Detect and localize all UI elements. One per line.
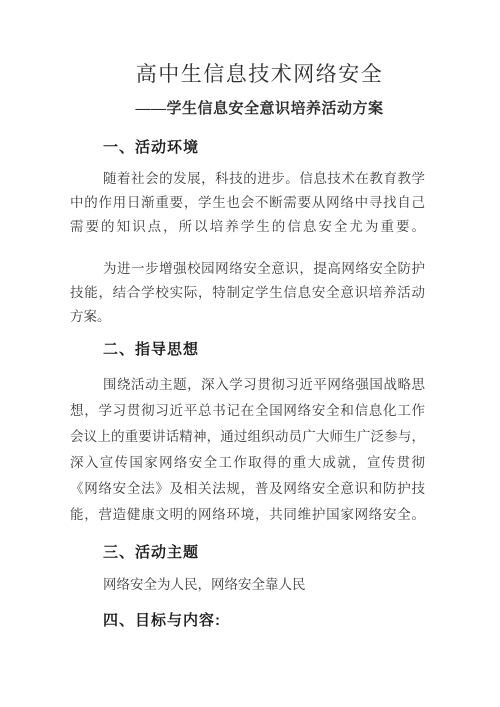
document-content: 高中生信息技术网络安全 ——学生信息安全意识培养活动方案 一、活动环境 随着社会… [70, 0, 425, 631]
document-page: 高中生信息技术网络安全 ——学生信息安全意识培养活动方案 一、活动环境 随着社会… [0, 0, 500, 707]
text-line: 围绕活动主题，深入学习贯彻习近平网络强国战略思 [70, 372, 425, 398]
paragraph-purpose: 为进一步增强校园网络安全意识，提高网络安全防护 技能，结合学校实际，特制定学生信… [70, 257, 425, 329]
text-line: 随着社会的发展，科技的进步。信息技术在教育教学 [70, 167, 425, 191]
section-heading-goals-and-content: 四、目标与内容: [70, 611, 425, 631]
text-line: 《网络安全法》及相关法规，普及网络安全意识和防护技 [70, 476, 425, 502]
document-subtitle: ——学生信息安全意识培养活动方案 [82, 99, 437, 119]
text-line: 需要的知识点，所以培养学生的信息安全尤为重要。 [70, 215, 425, 239]
text-line: 能，营造健康文明的网络环境，共同维护国家网络安全。 [70, 502, 425, 528]
text-line: 深入宣传国家网络安全工作取得的重大成就，宣传贯彻 [70, 450, 425, 476]
section-heading-guiding-ideology: 二、指导思想 [70, 340, 425, 360]
section-heading-activity-environment: 一、活动环境 [70, 138, 425, 158]
text-line: 会议上的重要讲话精神，通过组织动员广大师生广泛参与， [70, 424, 425, 450]
paragraph-background: 随着社会的发展，科技的进步。信息技术在教育教学 中的作用日渐重要，学生也会不断需… [70, 167, 425, 239]
text-line: 想，学习贯彻习近平总书记在全国网络安全和信息化工作 [70, 398, 425, 424]
text-line: 为进一步增强校园网络安全意识，提高网络安全防护 [70, 257, 425, 281]
text-line: 技能，结合学校实际，特制定学生信息安全意识培养活动 [70, 281, 425, 305]
text-line: 中的作用日渐重要，学生也会不断需要从网络中寻找自己 [70, 191, 425, 215]
paragraph-theme: 网络安全为人民，网络安全靠人民 [70, 573, 425, 597]
document-title: 高中生信息技术网络安全 [82, 62, 437, 86]
text-line: 网络安全为人民，网络安全靠人民 [70, 573, 425, 597]
paragraph-guiding-ideology: 围绕活动主题，深入学习贯彻习近平网络强国战略思 想，学习贯彻习近平总书记在全国网… [70, 372, 425, 528]
text-line: 方案。 [70, 305, 425, 329]
section-heading-activity-theme: 三、活动主题 [70, 543, 425, 563]
